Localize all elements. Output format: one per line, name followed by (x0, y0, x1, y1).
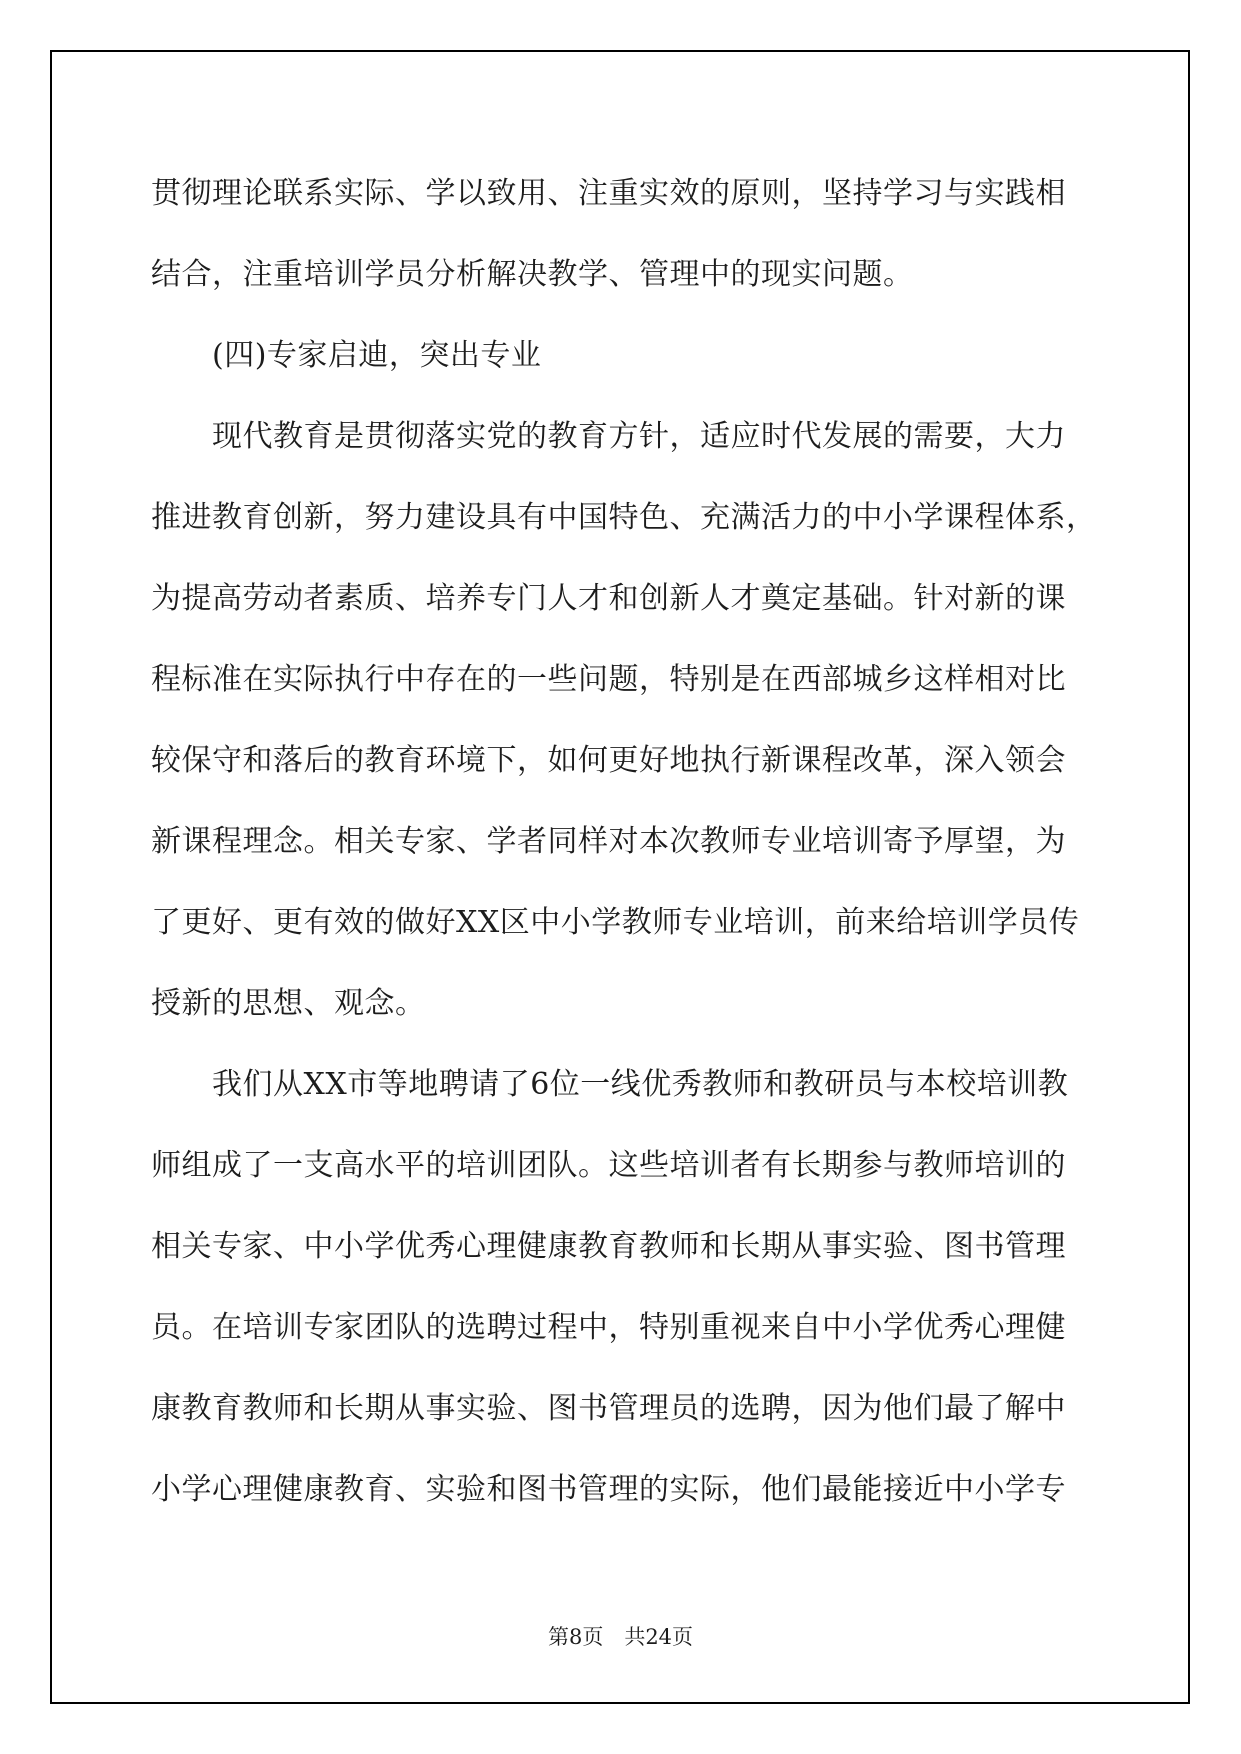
text-line: 小学心理健康教育、实验和图书管理的实际，他们最能接近中小学专 (151, 1449, 1081, 1530)
document-body: 贯彻理论联系实际、学以致用、注重实效的原则，坚持学习与实践相 结合，注重培训学员… (151, 153, 1081, 1530)
text-line: 师组成了一支高水平的培训团队。这些培训者有长期参与教师培训的 (151, 1125, 1081, 1206)
text-line: 结合，注重培训学员分析解决教学、管理中的现实问题。 (151, 234, 1081, 315)
text-line: 较保守和落后的教育环境下，如何更好地执行新课程改革，深入领会 (151, 720, 1081, 801)
text-line: 康教育教师和长期从事实验、图书管理员的选聘，因为他们最了解中 (151, 1368, 1081, 1449)
text-line: 授新的思想、观念。 (151, 963, 1081, 1044)
text-line: 我们从XX市等地聘请了6位一线优秀教师和教研员与本校培训教 (151, 1044, 1081, 1125)
text-line: 程标准在实际执行中存在的一些问题，特别是在西部城乡这样相对比 (151, 639, 1081, 720)
text-line: 贯彻理论联系实际、学以致用、注重实效的原则，坚持学习与实践相 (151, 153, 1081, 234)
text-line: 现代教育是贯彻落实党的教育方针，适应时代发展的需要，大力 (151, 396, 1081, 477)
section-heading: (四)专家启迪，突出专业 (151, 315, 1081, 396)
page-number: 第8页 共24页 (0, 1622, 1241, 1652)
text-line: 新课程理念。相关专家、学者同样对本次教师专业培训寄予厚望，为 (151, 801, 1081, 882)
text-line: 推进教育创新，努力建设具有中国特色、充满活力的中小学课程体系， (151, 477, 1081, 558)
text-line: 员。在培训专家团队的选聘过程中，特别重视来自中小学优秀心理健 (151, 1287, 1081, 1368)
document-page: 贯彻理论联系实际、学以致用、注重实效的原则，坚持学习与实践相 结合，注重培训学员… (0, 0, 1241, 1754)
text-line: 了更好、更有效的做好XX区中小学教师专业培训，前来给培训学员传 (151, 882, 1081, 963)
text-line: 为提高劳动者素质、培养专门人才和创新人才奠定基础。针对新的课 (151, 558, 1081, 639)
text-line: 相关专家、中小学优秀心理健康教育教师和长期从事实验、图书管理 (151, 1206, 1081, 1287)
